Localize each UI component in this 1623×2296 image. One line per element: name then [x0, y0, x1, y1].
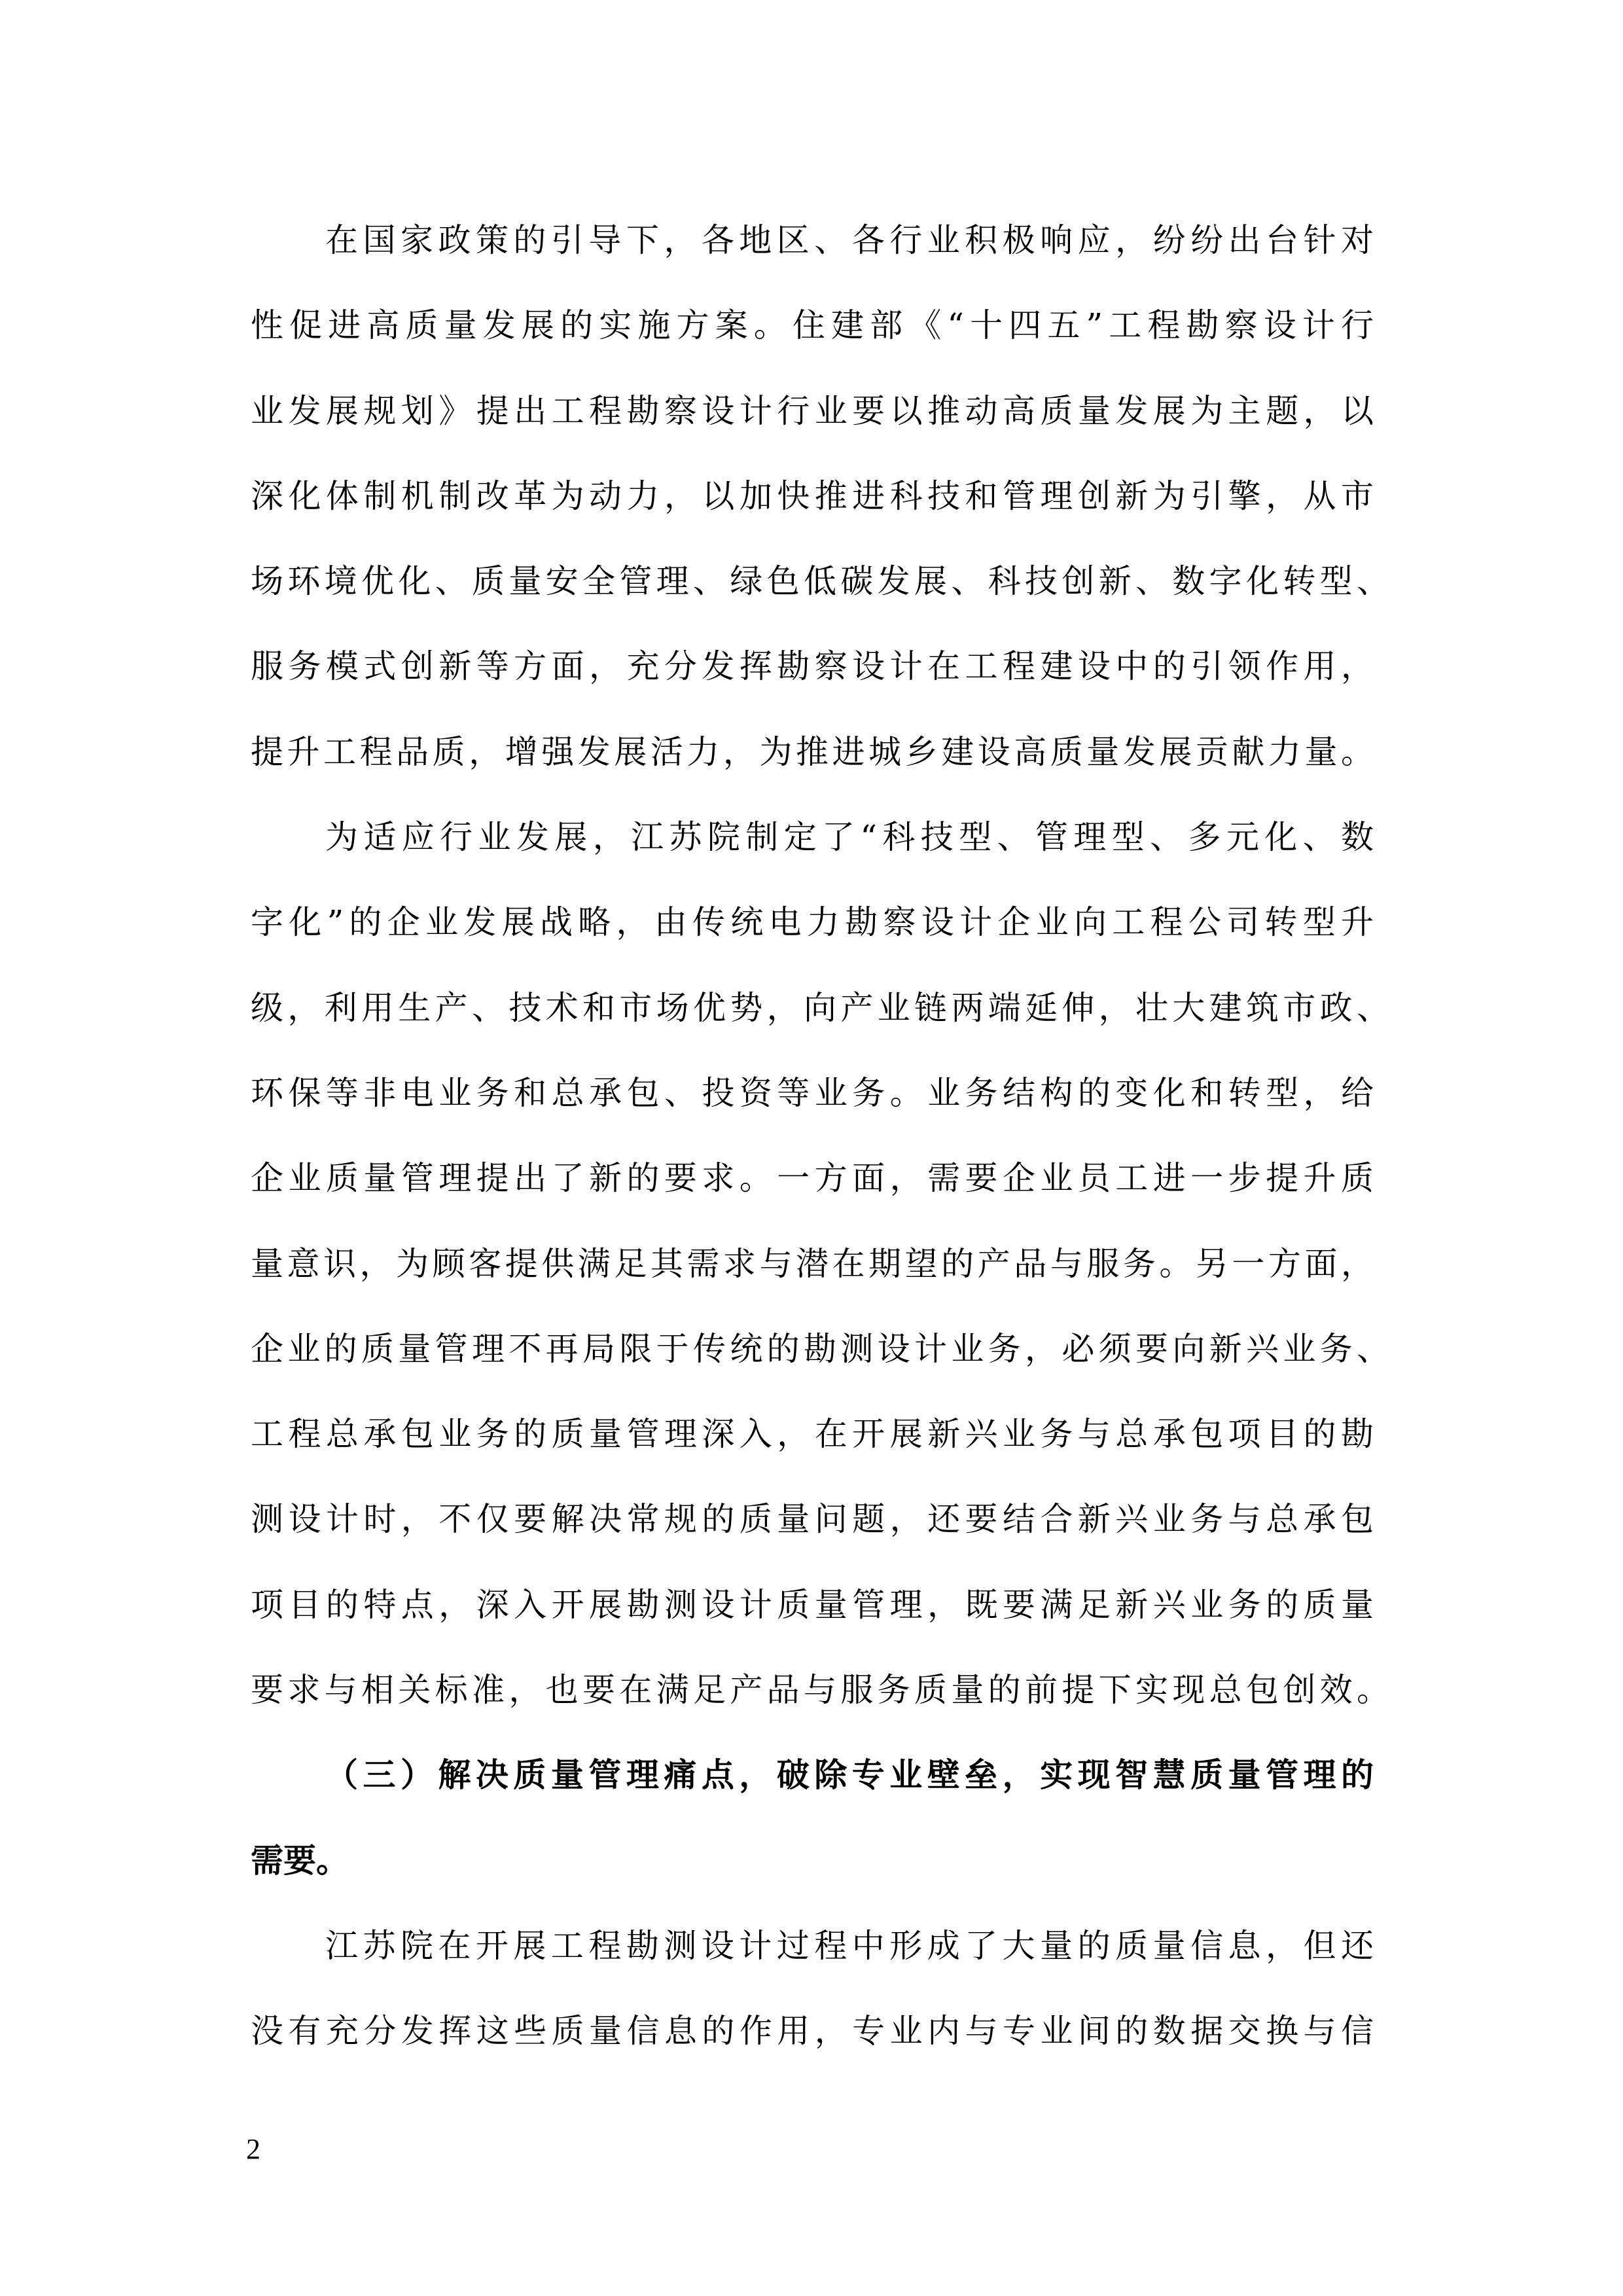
paragraph-2-line-3: 级，利用生产、技术和市场优势，向产业链两端延伸，壮大建筑市政、: [251, 978, 1389, 1064]
paragraph-1-line-2: 性促进高质量发展的实施方案。住建部《“十四五”工程勘察设计行: [251, 296, 1374, 381]
paragraph-1-line-4: 深化体制机制改革为动力，以加快推进科技和管理创新为引擎，从市: [251, 467, 1374, 552]
paragraph-2-line-7: 企业的质量管理不再局限于传统的勘测设计业务，必须要向新兴业务、: [251, 1319, 1389, 1405]
paragraph-2-line-11: 要求与相关标准，也要在满足产品与服务质量的前提下实现总包创效。: [251, 1660, 1389, 1746]
paragraph-3-line-2: 没有充分发挥这些质量信息的作用，专业内与专业间的数据交换与信: [251, 2001, 1374, 2087]
paragraph-1-line-6: 服务模式创新等方面，充分发挥勘察设计在工程建设中的引领作用，: [251, 637, 1374, 722]
section-heading-line-1: （三）解决质量管理痛点，破除专业壁垒，实现智慧质量管理的: [251, 1746, 1374, 1831]
paragraph-2-line-4: 环保等非电业务和总承包、投资等业务。业务结构的变化和转型，给: [251, 1064, 1374, 1149]
document-body: 在国家政策的引导下，各地区、各行业积极响应，纷纷出台针对 性促进高质量发展的实施…: [251, 211, 1374, 2087]
paragraph-2-line-10: 项目的特点，深入开展勘测设计质量管理，既要满足新兴业务的质量: [251, 1575, 1374, 1660]
paragraph-2-line-5: 企业质量管理提出了新的要求。一方面，需要企业员工进一步提升质: [251, 1149, 1374, 1234]
document-page: 在国家政策的引导下，各地区、各行业积极响应，纷纷出台针对 性促进高质量发展的实施…: [0, 0, 1623, 2296]
paragraph-2-line-1: 为适应行业发展，江苏院制定了“科技型、管理型、多元化、数: [251, 808, 1374, 893]
paragraph-2-line-8: 工程总承包业务的质量管理深入，在开展新兴业务与总承包项目的勘: [251, 1405, 1374, 1490]
paragraph-1-line-3: 业发展规划》提出工程勘察设计行业要以推动高质量发展为主题，以: [251, 382, 1374, 467]
paragraph-3-line-1: 江苏院在开展工程勘测设计过程中形成了大量的质量信息，但还: [251, 1916, 1374, 2001]
paragraph-2-line-2: 字化”的企业发展战略，由传统电力勘察设计企业向工程公司转型升: [251, 893, 1374, 978]
paragraph-2-line-6: 量意识，为顾客提供满足其需求与潜在期望的产品与服务。另一方面，: [251, 1234, 1374, 1319]
paragraph-1-line-7: 提升工程品质，增强发展活力，为推进城乡建设高质量发展贡献力量。: [251, 723, 1374, 808]
paragraph-2-line-9: 测设计时，不仅要解决常规的质量问题，还要结合新兴业务与总承包: [251, 1490, 1374, 1575]
section-heading-line-2: 需要。: [251, 1831, 1374, 1916]
page-number: 2: [246, 2132, 260, 2166]
paragraph-1-line-5: 场环境优化、质量安全管理、绿色低碳发展、科技创新、数字化转型、: [251, 552, 1389, 637]
paragraph-1-line-1: 在国家政策的引导下，各地区、各行业积极响应，纷纷出台针对: [251, 211, 1374, 296]
